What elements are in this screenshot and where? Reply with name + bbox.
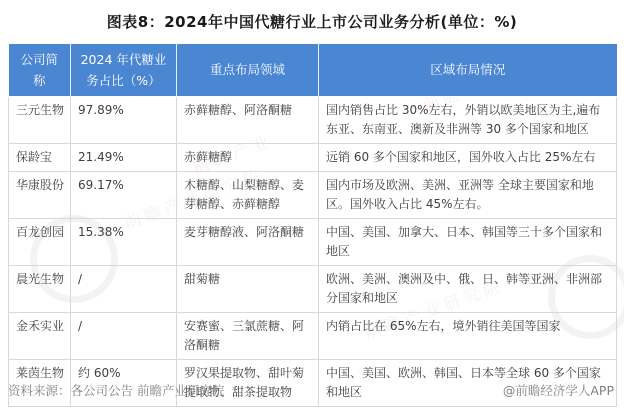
cell-region: 中国、美国、加拿大、日本、韩国等三十多个国家和地区 (319, 218, 617, 265)
table-row: 华康股份 69.17% 木糖醇、山梨糖醇、麦芽糖醇、赤藓糖醇 国内市场及欧洲、美… (9, 171, 617, 218)
col-header-company: 公司简称 (9, 44, 71, 96)
cell-focus: 安赛蜜、三氯蔗糖、阿洛酮糖 (177, 312, 319, 359)
cell-focus: 木糖醇、山梨糖醇、麦芽糖醇、赤藓糖醇 (177, 171, 319, 218)
cell-region: 国内市场及欧洲、美洲、亚洲等 全球主要国家和地区。国外收入占比 45%左右。 (319, 171, 617, 218)
table-row: 金禾实业 / 安赛蜜、三氯蔗糖、阿洛酮糖 内销占比在 65%左右，境外销往美国等… (9, 312, 617, 359)
cell-region: 欧洲、美洲、澳洲及中、俄、日、韩等亚洲、非洲部分国家和地区 (319, 265, 617, 312)
figure-title: 图表8：2024年中国代糖行业上市公司业务分析(单位：%) (0, 11, 624, 32)
cell-focus: 赤藓糖醇、阿洛酮糖 (177, 96, 319, 143)
cell-company: 保龄宝 (9, 143, 71, 171)
cell-company: 三元生物 (9, 96, 71, 143)
cell-company: 百龙创园 (9, 218, 71, 265)
cell-focus: 赤藓糖醇 (177, 143, 319, 171)
source-note: 资料来源：各公司公告 前瞻产业研究院 (8, 381, 224, 399)
cell-region: 远销 60 多个国家和地区，国外收入占比 25%左右 (319, 143, 617, 171)
cell-region: 内销占比在 65%左右，境外销往美国等国家 (319, 312, 617, 359)
cell-company: 华康股份 (9, 171, 71, 218)
cell-company: 晨光生物 (9, 265, 71, 312)
credit-note: @前瞻经济学人APP (503, 381, 614, 399)
table-row: 三元生物 97.89% 赤藓糖醇、阿洛酮糖 国内销售占比 30%左右，外销以欧美… (9, 96, 617, 143)
cell-region: 国内销售占比 30%左右，外销以欧美地区为主,遍布东亚、东南亚、澳新及非洲等 3… (319, 96, 617, 143)
figure-footer: 资料来源：各公司公告 前瞻产业研究院 @前瞻经济学人APP (8, 381, 614, 399)
table-row: 晨光生物 / 甜菊糖 欧洲、美洲、澳洲及中、俄、日、韩等亚洲、非洲部分国家和地区 (9, 265, 617, 312)
cell-focus: 甜菊糖 (177, 265, 319, 312)
col-header-region: 区域布局情况 (319, 44, 617, 96)
col-header-focus: 重点布局领域 (177, 44, 319, 96)
business-analysis-table: 公司简称 2024 年代糖业务占比（%） 重点布局领域 区域布局情况 三元生物 … (8, 44, 617, 407)
cell-share: 21.49% (71, 143, 177, 171)
cell-share: 97.89% (71, 96, 177, 143)
cell-share: / (71, 312, 177, 359)
table-row: 百龙创园 15.38% 麦芽糖醇液、阿洛酮糖 中国、美国、加拿大、日本、韩国等三… (9, 218, 617, 265)
col-header-share: 2024 年代糖业务占比（%） (71, 44, 177, 96)
cell-focus: 麦芽糖醇液、阿洛酮糖 (177, 218, 319, 265)
figure-page: { "title": "图表8：2024年中国代糖行业上市公司业务分析(单位：%… (0, 0, 624, 410)
table-row: 保龄宝 21.49% 赤藓糖醇 远销 60 多个国家和地区，国外收入占比 25%… (9, 143, 617, 171)
cell-share: 15.38% (71, 218, 177, 265)
cell-share: 69.17% (71, 171, 177, 218)
cell-share: / (71, 265, 177, 312)
table-header-row: 公司简称 2024 年代糖业务占比（%） 重点布局领域 区域布局情况 (9, 44, 617, 96)
cell-company: 金禾实业 (9, 312, 71, 359)
